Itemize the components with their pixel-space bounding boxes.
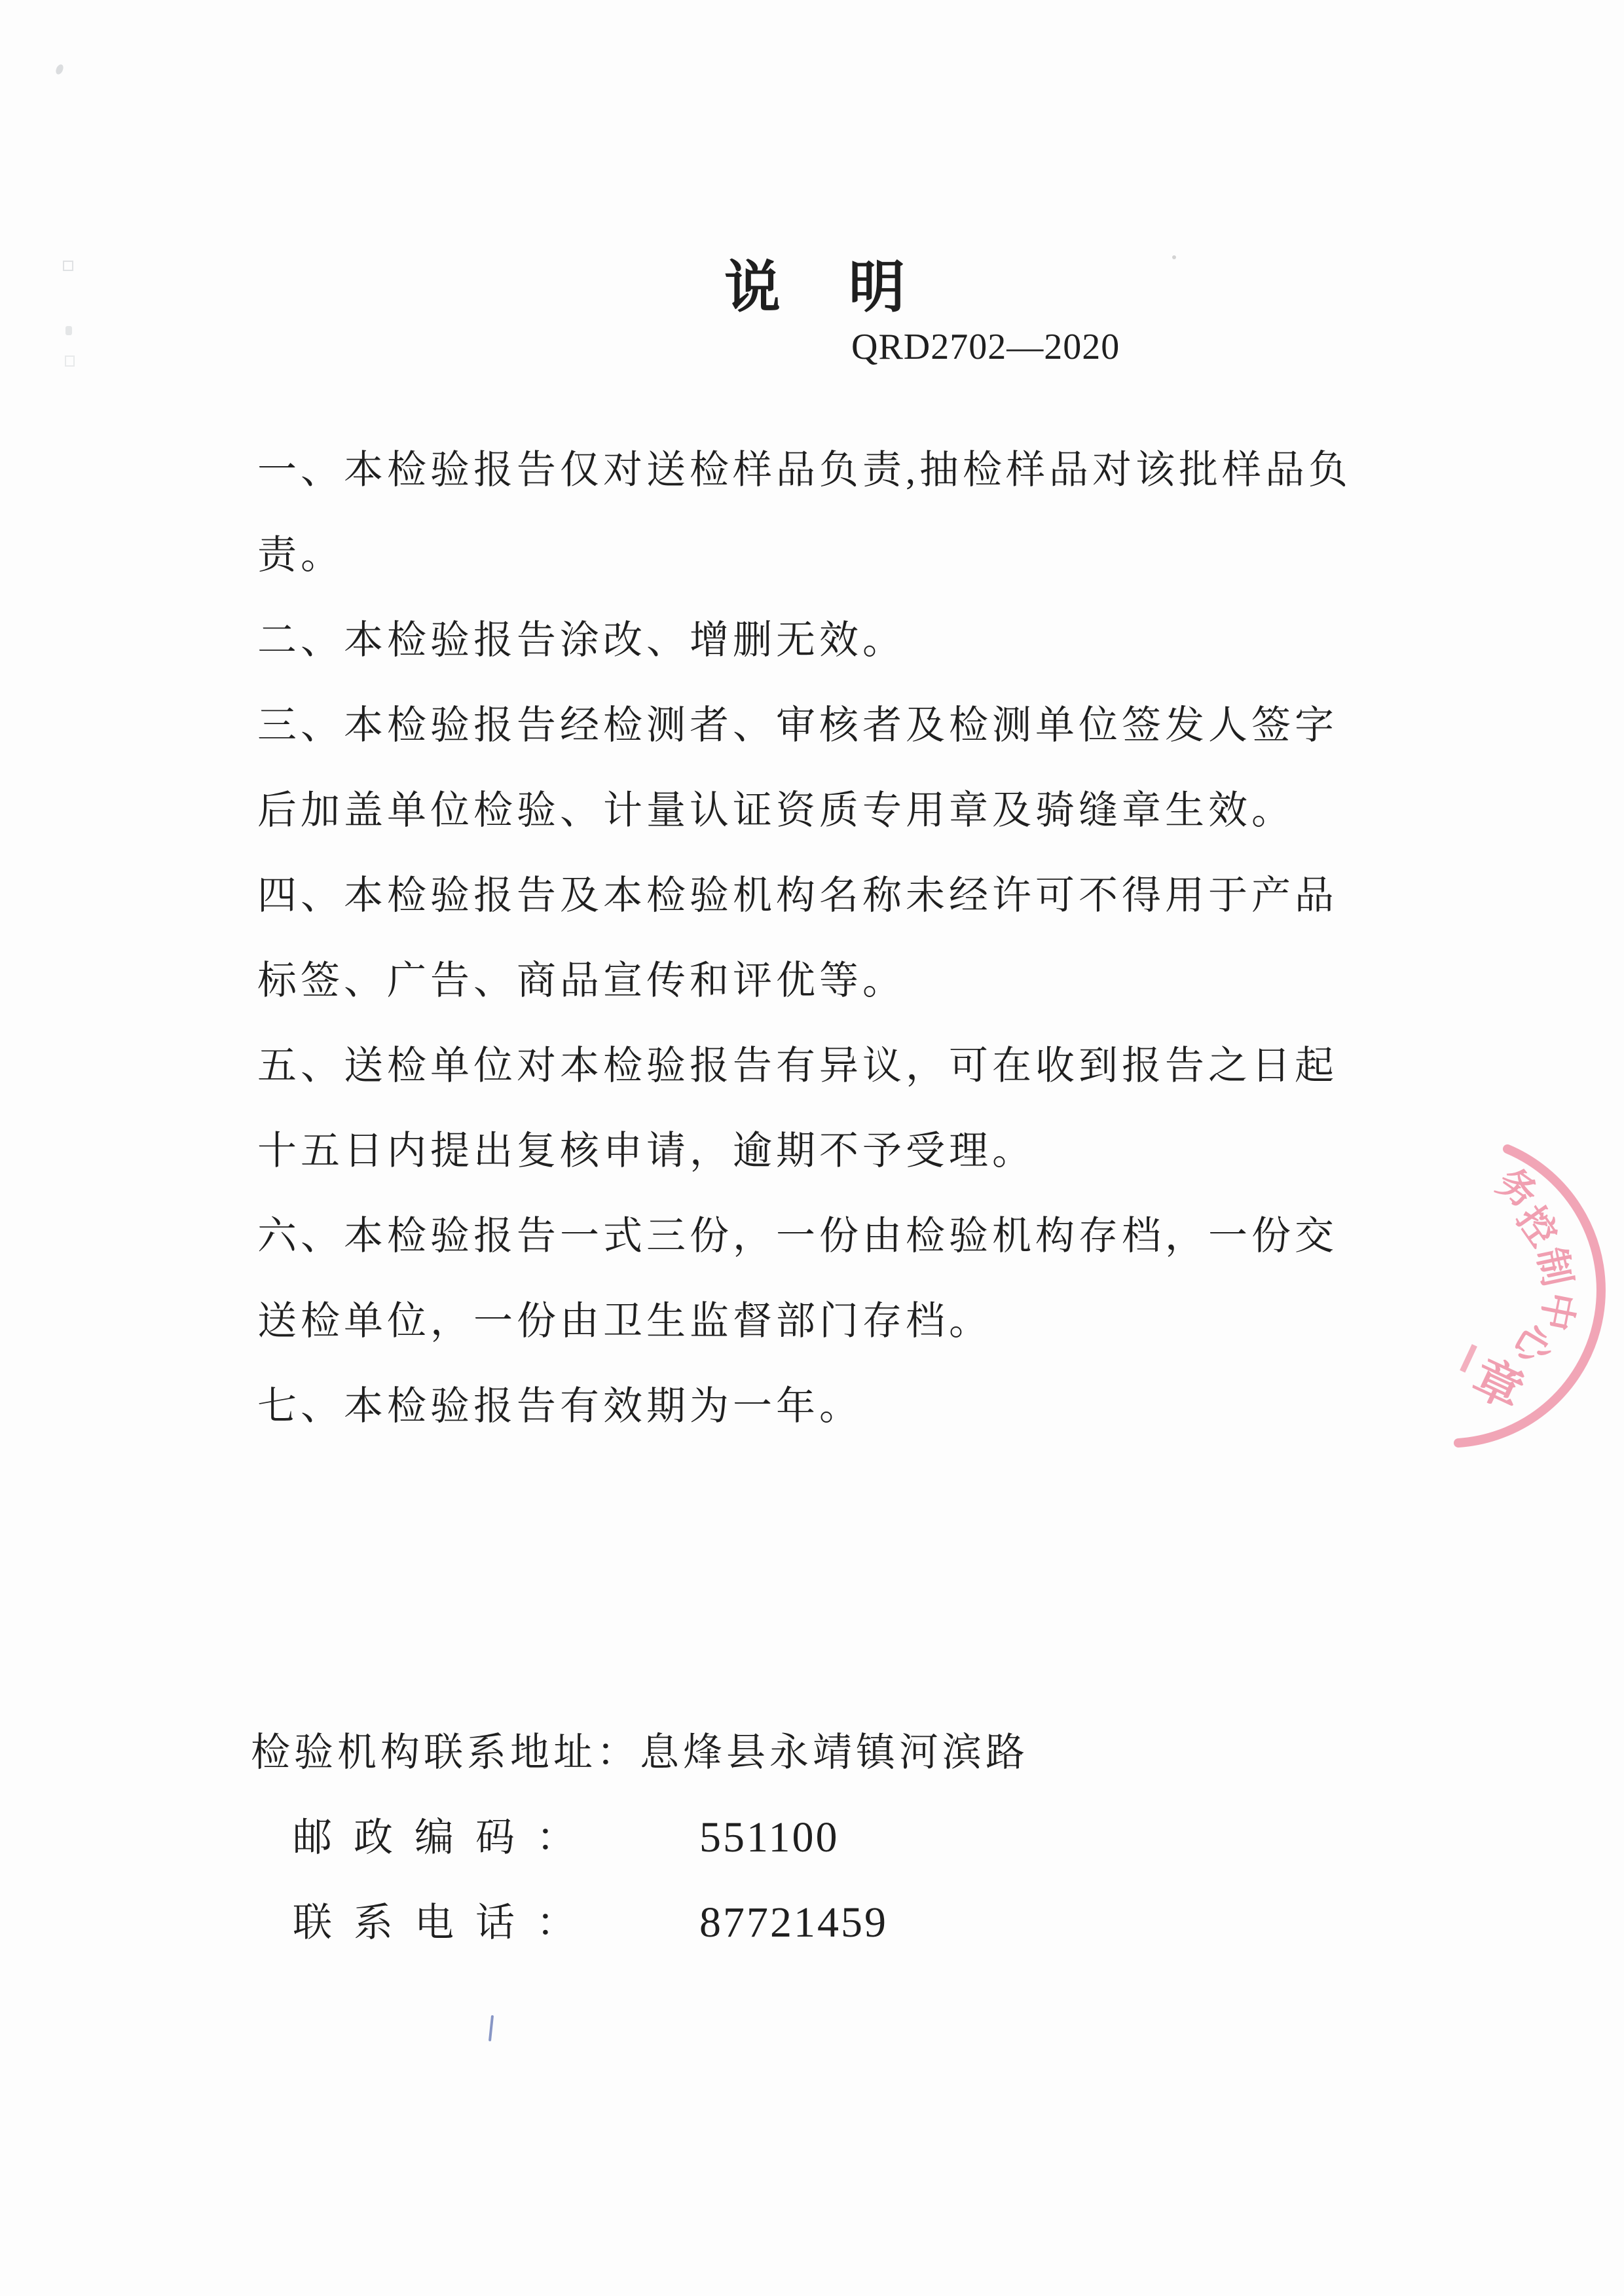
contact-postal-row: 邮政编码： 551100 — [251, 1795, 1029, 1880]
note-line: 十五日内提出复核申请，逾期不予受理。 — [257, 1108, 1352, 1194]
scan-speck — [1172, 255, 1176, 259]
seal-partial-glyph — [1460, 1344, 1477, 1373]
contact-phone-row: 联系电话： 87721459 — [251, 1880, 1029, 1965]
seal-arc-char: 制 — [1529, 1244, 1579, 1290]
contact-block: 检验机构联系地址：息烽县永靖镇河滨路 邮政编码： 551100 联系电话： 87… — [251, 1710, 1029, 1965]
seal-stamp: 务 控 制 中 心 章 — [1297, 1133, 1624, 1512]
note-line: 五、送检单位对本检验报告有异议，可在收到报告之日起 — [257, 1023, 1352, 1108]
postal-code-label: 邮政编码： — [293, 1816, 597, 1859]
scan-speck — [65, 326, 72, 335]
note-line: 四、本检验报告及本检验机构名称未经许可不得用于产品 — [257, 853, 1352, 938]
phone-value: 87721459 — [699, 1880, 888, 1965]
scan-speck — [65, 355, 75, 367]
scan-speck — [54, 64, 65, 76]
scan-ink-mark — [489, 2015, 494, 2041]
note-line: 七、本检验报告有效期为一年。 — [257, 1364, 1352, 1449]
note-line: 标签、广告、商品宣传和评优等。 — [257, 938, 1352, 1023]
doc-code: QRD2702—2020 — [851, 326, 1120, 368]
postal-code-value: 551100 — [699, 1795, 840, 1880]
note-line: 一、本检验报告仅对送检样品负责,抽检样品对该批样品负 — [257, 428, 1352, 513]
page-title: 说明 — [724, 259, 973, 316]
document-page: 说明 QRD2702—2020 一、本检验报告仅对送检样品负责,抽检样品对该批样… — [0, 0, 1624, 2296]
note-line: 六、本检验报告一式三份，一份由检验机构存档，一份交 — [257, 1194, 1352, 1279]
note-line: 后加盖单位检验、计量认证资质专用章及骑缝章生效。 — [257, 768, 1352, 853]
notes-list: 一、本检验报告仅对送检样品负责,抽检样品对该批样品负责。二、本检验报告涂改、增删… — [257, 428, 1352, 1449]
phone-label: 联系电话： — [293, 1901, 597, 1944]
note-line: 责。 — [257, 513, 1352, 598]
contact-address: 检验机构联系地址：息烽县永靖镇河滨路 — [251, 1710, 1029, 1795]
seal-inner-char: 章 — [1464, 1351, 1531, 1420]
note-line: 二、本检验报告涂改、增删无效。 — [257, 598, 1352, 683]
note-line: 三、本检验报告经检测者、审核者及检测单位签发人签字 — [257, 683, 1352, 768]
note-line: 送检单位，一份由卫生监督部门存档。 — [257, 1279, 1352, 1364]
scan-speck — [63, 261, 73, 271]
